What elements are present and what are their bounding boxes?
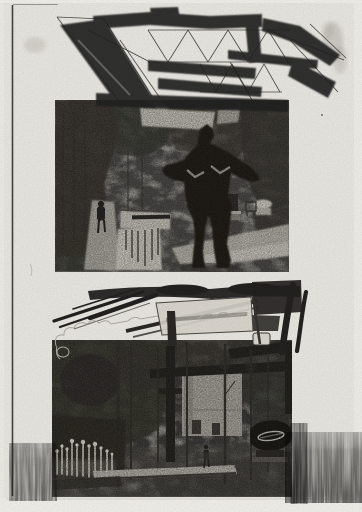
collage-artwork bbox=[0, 0, 362, 512]
page-grain bbox=[0, 0, 362, 512]
photocopy-scan bbox=[0, 0, 362, 512]
